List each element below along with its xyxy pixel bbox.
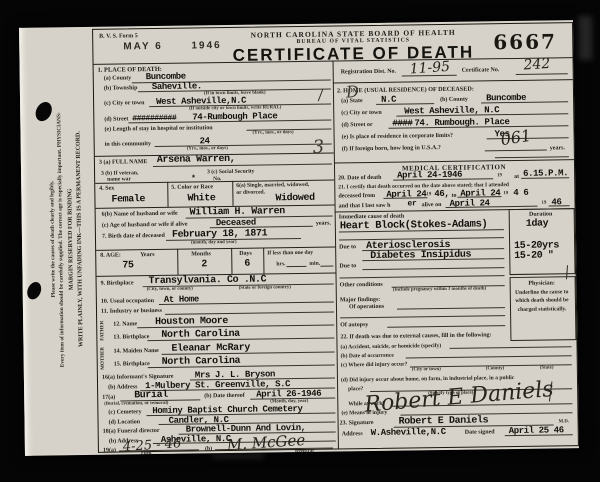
rule [516, 73, 568, 75]
rule [387, 325, 505, 328]
rule [505, 434, 573, 436]
rule [549, 205, 570, 206]
rule [231, 248, 232, 274]
filed-number-label: 19(a) [103, 448, 116, 455]
year-19-print: 19 [542, 202, 547, 207]
rule [446, 206, 538, 208]
year-19-print: 19 [497, 174, 502, 179]
mother-side-label: MOTHER [100, 346, 105, 372]
mother-name-label: 14. Maiden Name [114, 348, 159, 356]
home-county-label: (b) County [440, 97, 468, 104]
age-months-value: 2 [201, 260, 207, 270]
rule [286, 266, 306, 267]
physician-address-value: W.Asheville,N.C [371, 428, 446, 438]
registrar-signature: M. McGee [226, 433, 305, 453]
funeral-director-label: 18(a) Funeral director [103, 428, 160, 436]
rule [340, 275, 505, 278]
reg-dist-label: Registration Dist. No. [341, 69, 396, 77]
external-b-label: (b) Date of occurrence [341, 353, 394, 360]
external-c-hint-state: (State) [540, 366, 554, 371]
certificate-card: Please write the causes of death clearly… [19, 20, 579, 456]
other-conditions-hint: (Include pregnancy within 3 months of de… [393, 287, 487, 293]
rule [340, 315, 505, 318]
rule [450, 346, 572, 349]
date-signed-label: Date signed [465, 429, 495, 436]
serial-number: 6667 [493, 29, 557, 54]
age-label: 8. AGE: [100, 252, 121, 259]
marital-label2: or divorced. [236, 189, 265, 196]
filed-hint: Filed [141, 452, 151, 457]
full-name-label: 3 (a) FULL NAME [99, 159, 148, 167]
rule [402, 75, 457, 77]
rule [263, 247, 264, 273]
punch-hole [25, 280, 44, 302]
ssn-label: 3 (c) Social Security [207, 169, 254, 176]
certificate-form: B. V. S. Form 5 MAY 6 1946 NORTH CAROLIN… [92, 22, 579, 453]
informant-address-label: (b) Address [108, 384, 137, 391]
physician-signature-handwritten: Robert E Daniels [364, 379, 555, 417]
township-label: (b) Township [104, 85, 138, 92]
rule [177, 249, 178, 275]
external-causes-section: 22. If death was due to external causes,… [340, 332, 491, 341]
age-hrs-label: hrs. [276, 261, 285, 268]
age-years-value: 75 [122, 261, 133, 271]
county-label: (a) County [104, 75, 132, 82]
race-value: White [187, 194, 215, 204]
due-to-label-2: Due to [339, 263, 356, 270]
rule [362, 267, 504, 270]
rule [397, 307, 505, 310]
marital-label: 6(a) Single, married, widowed, [236, 182, 309, 190]
rule [333, 79, 573, 83]
spouse-label: 6(b) Name of husband or wife [102, 211, 178, 219]
date-of-death-label: 20. Date of death [338, 175, 381, 182]
age-years-label: Years [140, 252, 154, 259]
stay-hint: (Yrs., mos., or days) [253, 131, 294, 136]
of-autopsy-label: Of autopsy [340, 322, 368, 329]
registrar-hint: Registrar [295, 450, 315, 455]
rule [481, 101, 568, 103]
rule [167, 182, 168, 207]
year-19-print: 19 [503, 192, 508, 197]
handwritten-code: 061 [500, 128, 533, 148]
age-days-value: 6 [244, 260, 250, 270]
community-hint: (Yrs., mos., or days) [187, 147, 228, 152]
race-label: 5. Color or Race [171, 184, 213, 191]
physician-note-text: Underline the cause to which death shoul… [514, 288, 570, 314]
last-saw-er: er [407, 200, 416, 208]
immediate-duration-value: 1day [526, 220, 549, 230]
burial-date-label: (b) Date thereof [204, 393, 245, 400]
rule [521, 177, 569, 179]
home-city-label: (c) City or town [341, 110, 381, 117]
occupation-label: 10. Usual occupation [101, 298, 154, 306]
home-state-label: (a) State [341, 98, 363, 105]
home-street-label: (d) Street or [341, 122, 372, 129]
industry-label: 11. Industry or business [101, 308, 162, 316]
spouse-age-label: (c) Age of husband or wife if alive [102, 222, 188, 230]
form-number: B. V. S. Form 5 [99, 33, 138, 40]
scanned-death-certificate: Please write the causes of death clearly… [0, 0, 600, 482]
spouse-years-suffix: years. [316, 221, 331, 228]
father-side-label: FATHER [100, 318, 105, 344]
birthplace-hint1: (City, town, or county) [147, 287, 193, 292]
burial-number-label: 17(a) [102, 395, 115, 402]
sex-label: 4. Sex [99, 186, 114, 193]
due2-duration-value: 15-20 " [514, 251, 553, 262]
age-less-label: If less than one day [267, 250, 313, 257]
birth-date-hint: (month, day and year) [191, 241, 237, 246]
birth-date-label: 7. Birth date of deceased [102, 233, 165, 241]
foreign-born-label: (f) If foreign born, how long in U.S.A.? [342, 145, 441, 153]
external-c-label: (c) Where did injury occur? [341, 361, 408, 369]
of-operations-label: Of operations [349, 304, 384, 311]
pod-street-label: (d) Street [104, 116, 128, 123]
stay-label: (e) Length of stay in hospital or instit… [104, 125, 212, 133]
age-days-label: Days [239, 251, 252, 258]
father-name-label: 12. Name [113, 321, 137, 328]
rule [232, 181, 233, 206]
cert-no-label: Certificate No. [462, 67, 500, 74]
rule [155, 144, 332, 147]
birthplace-hint2: (State or foreign country) [239, 286, 291, 292]
registrar-b-label: (b) [205, 446, 212, 453]
attended-to-year: 4 6 [513, 189, 528, 198]
scan-artifact [578, 16, 592, 60]
alive-on-label: alive on [422, 202, 442, 209]
external-c-hint-city: (City or town) [412, 368, 441, 373]
foreign-years-suffix: years. [550, 145, 565, 152]
signature-label: 23. Signature [340, 420, 374, 427]
due-to-label-1: Due to [339, 244, 356, 251]
received-date-stamp: MAY 6 1946 [123, 40, 222, 52]
pod-city-label: (c) City or town [104, 100, 144, 107]
rule [333, 61, 339, 449]
rule [376, 103, 434, 105]
rule [393, 178, 493, 180]
other-conditions-label: Other conditions [340, 282, 383, 289]
physician-address-label: Address [342, 431, 363, 438]
external-d-label2: place? [348, 386, 363, 393]
age-min-label: min. [309, 261, 320, 268]
last-saw-label: and that I last saw h [339, 203, 391, 211]
marital-value: Widowed [275, 194, 314, 205]
filed-date-handwritten: 4-25 - 46 [123, 437, 182, 454]
external-c-hint-county: (County) [486, 367, 504, 372]
at-label: at [514, 174, 519, 181]
sex-value: Female [111, 195, 145, 205]
rule [485, 150, 547, 152]
attended-from-year: 46, [434, 190, 449, 199]
community-label: in this community [105, 141, 151, 149]
father-birthplace-label: 13. Birthplace [113, 334, 149, 341]
cert-no-value: 242 [523, 57, 551, 73]
corporate-limits-label: (e) Is place of residence in corporate l… [342, 133, 453, 141]
external-a-label: (a) Accident, suicide, or homicide (spec… [340, 343, 441, 351]
rule [495, 156, 569, 158]
rule [165, 312, 334, 315]
pen-mark [318, 89, 324, 101]
burial-location-label: (d) Location [109, 419, 141, 426]
birthplace-label: 9. Birthplace [101, 280, 134, 287]
pen-mark: 3 [312, 138, 325, 157]
physician-note-title: Physician: [510, 280, 574, 288]
age-months-label: Months [191, 251, 211, 258]
rule [320, 266, 333, 267]
attended-from-label: deceased from [338, 193, 375, 200]
rule [406, 355, 572, 358]
cemetery-label: (c) Cemetery [108, 409, 141, 416]
mother-birthplace-label: 15. Birthplace [114, 361, 150, 368]
